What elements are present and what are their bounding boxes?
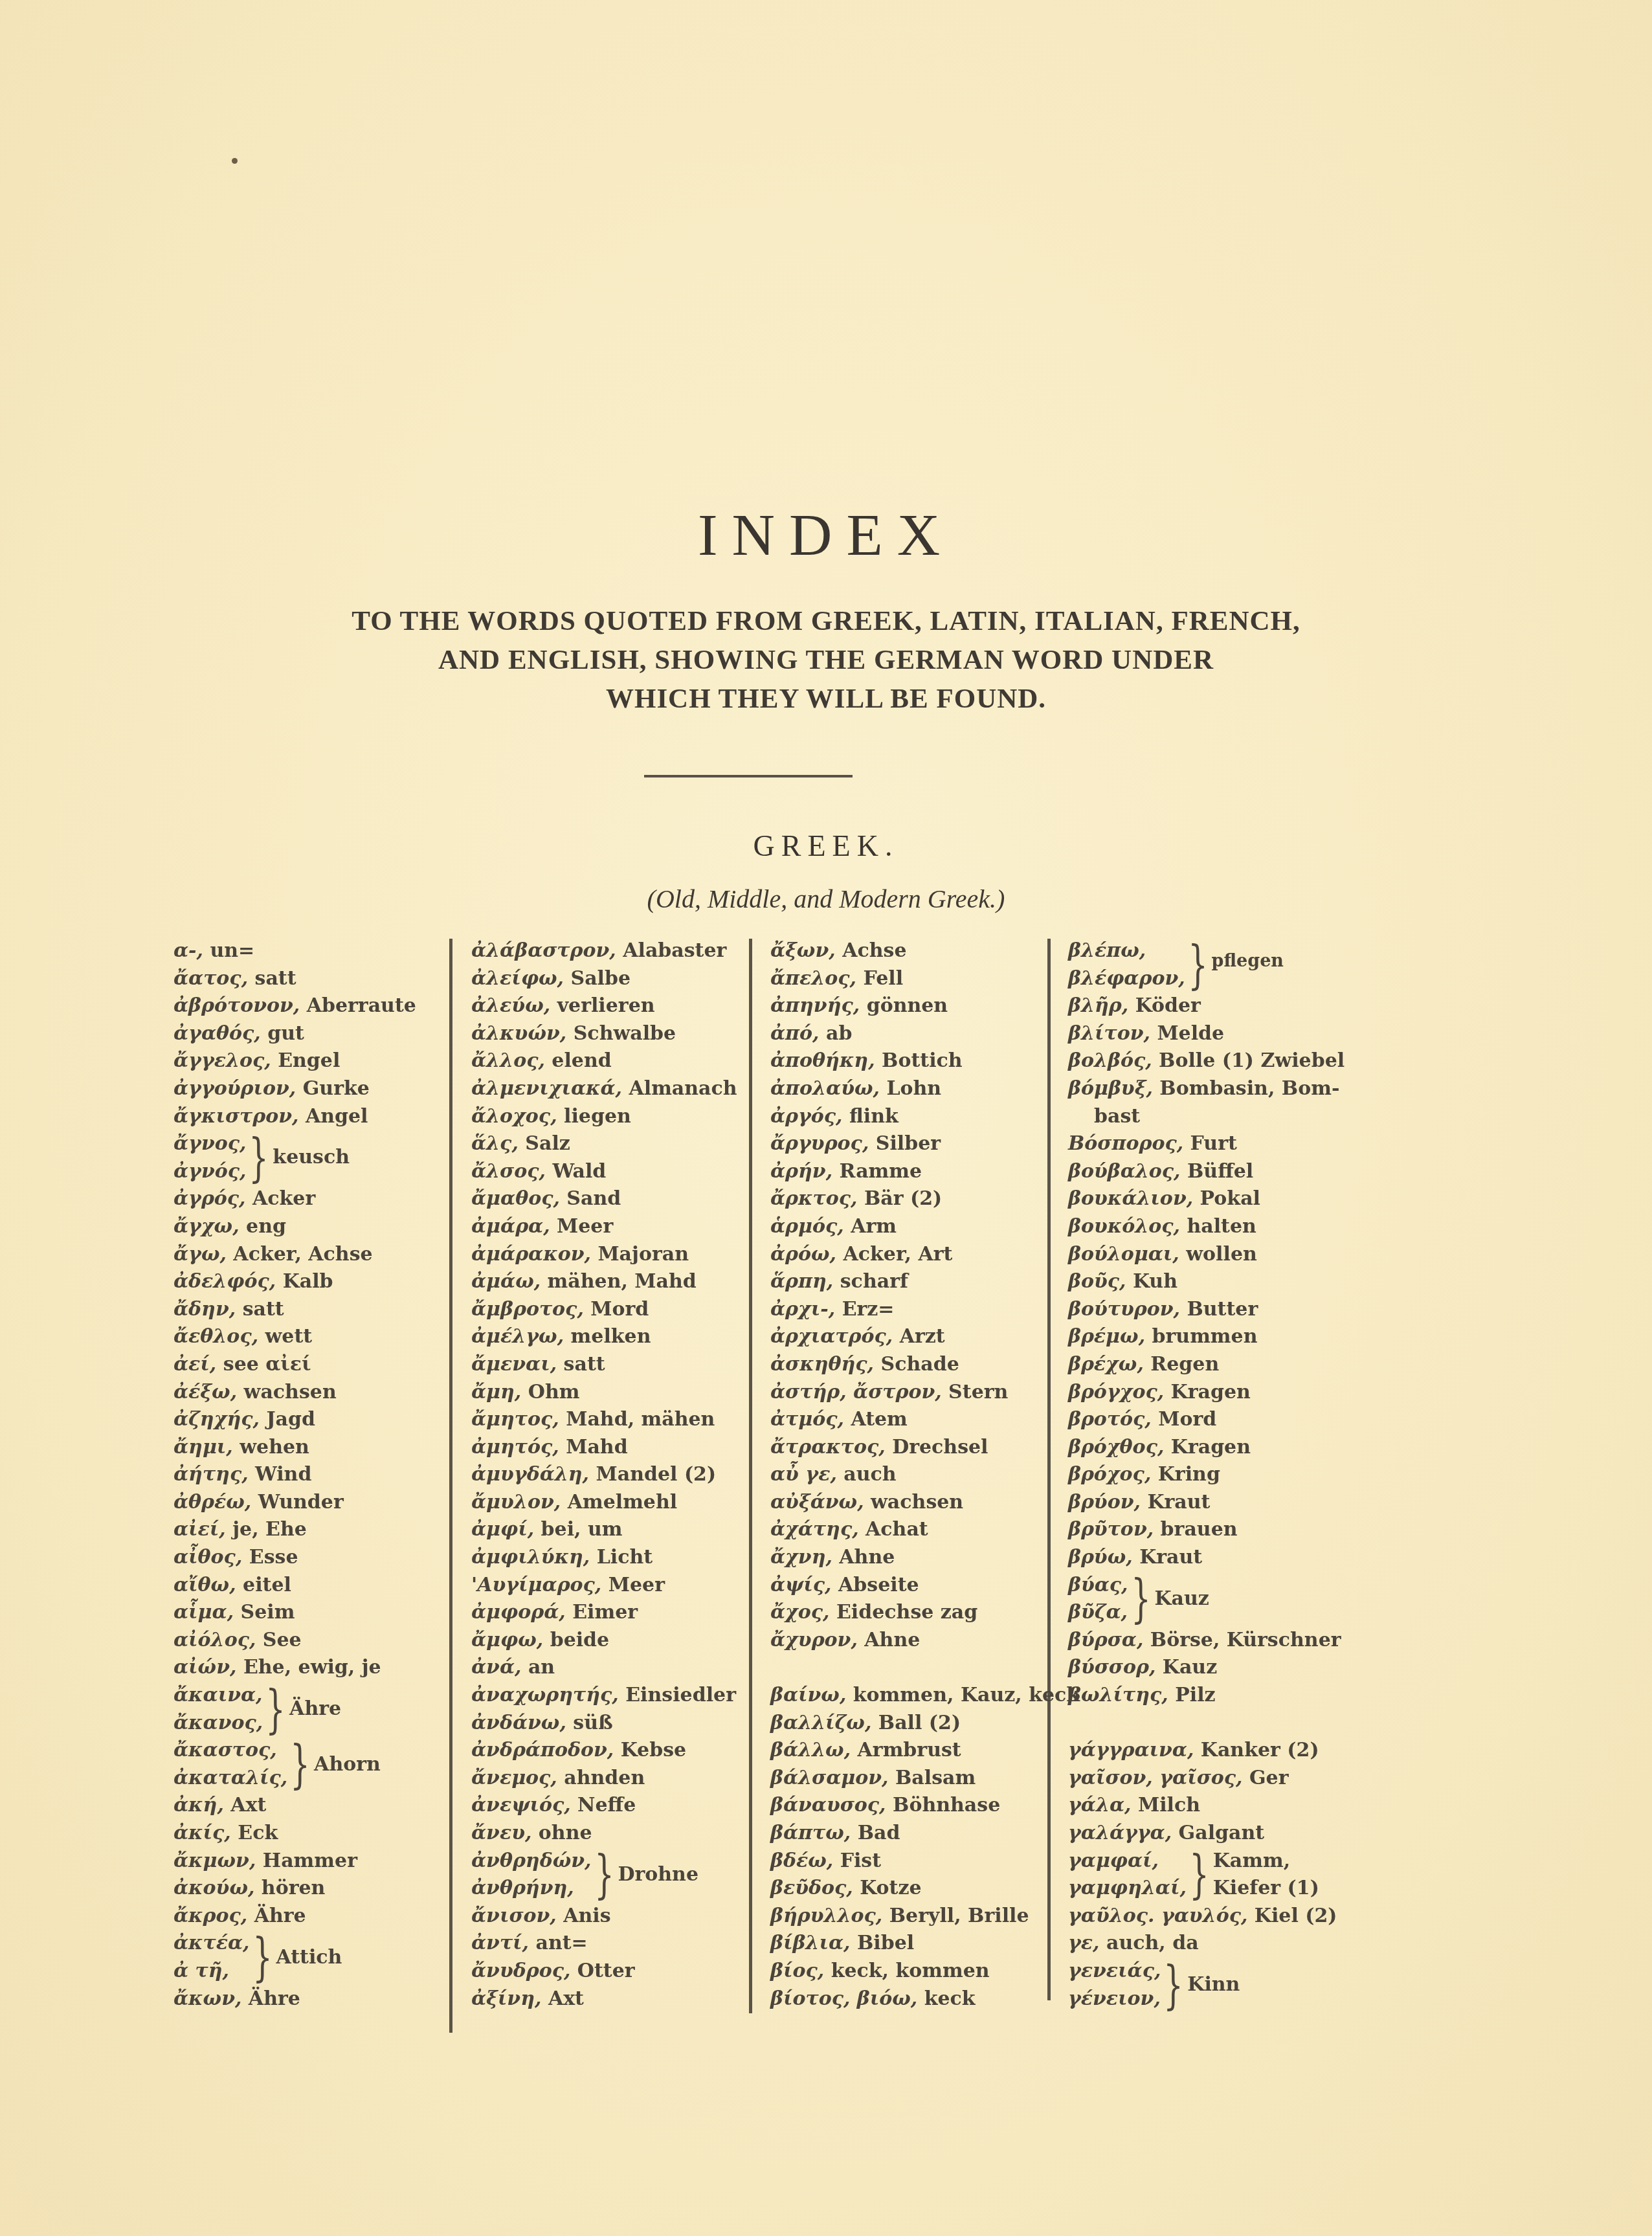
german-word: Jagd [266,1408,315,1431]
index-entry: βίβλια, Bibel [770,1930,1042,1958]
greek-word: ἀκούω, [173,1877,254,1899]
index-entry: βούτυρον, Butter [1068,1296,1379,1324]
german-word: Almanach [629,1077,737,1100]
greek-word: ἄχυρον, [770,1629,858,1651]
index-entry: βωλίτης, Pilz [1068,1682,1379,1710]
german-word: Eimer [572,1601,638,1624]
greek-word: ἀκτέα, [173,1930,250,1958]
index-entry: ἀγγούριον, Gurke [173,1075,432,1103]
german-word: Mandel (2) [596,1463,717,1486]
german-word: melken [571,1325,651,1348]
index-entry: ἀργός, flink [770,1103,1042,1131]
greek-word: ἀήτης, [173,1463,249,1486]
greek-word: αἰών, [173,1656,236,1679]
german-word: Pokal [1200,1187,1260,1210]
greek-word: βλῆρ, [1068,994,1128,1017]
index-entry: βάναυσος, Böhnhase [770,1792,1042,1820]
german-word: Eck [238,1822,278,1844]
index-entry: ἀβρότονον, Aberraute [173,992,432,1020]
greek-word: ἀθρέω, [173,1491,251,1514]
index-entry: γαλάγγα, Galgant [1068,1820,1379,1848]
index-entry: ἀπηνής, gönnen [770,992,1042,1020]
greek-word: ἄχνη, [770,1546,832,1569]
index-entry: ἀχάτης, Achat [770,1516,1042,1544]
index-entry: βροτός, Mord [1068,1406,1379,1434]
index-entry: βεῦδος, Kotze [770,1875,1042,1903]
index-entry: ἀλεύω, verlieren [471,992,743,1020]
german-word: ohne [539,1822,592,1844]
german-word: keck, kommen [831,1960,990,1982]
german-word: Achat [865,1518,928,1541]
german-word: Ahne [839,1546,895,1569]
section-gap [770,1654,1042,1682]
index-entry-group: ἀνθρηδών,ἀνθρήνη,}Drohne [471,1848,743,1903]
index-entry: γαῦλος. γαυλός, Kiel (2) [1068,1903,1379,1930]
greek-word: αἶθος, [173,1546,242,1569]
index-column-1: α-, un=ἄατος, sattἀβρότονον, Aberrauteἀγ… [173,937,432,2013]
german-word: je, Ehe [232,1518,307,1541]
greek-word: ἄλλος, [471,1049,545,1072]
index-entry: αἷμα, Seim [173,1599,432,1627]
greek-word: γάγγραινα, [1068,1739,1194,1761]
german-word: Furt [1190,1132,1237,1155]
greek-word: βλίτον, [1068,1022,1150,1045]
index-entry: ἀπό, ab [770,1020,1042,1048]
index-entry: ἀδελφός, Kalb [173,1268,432,1296]
section-gap [1068,1710,1379,1738]
german-word: Licht [597,1546,653,1569]
greek-word: ἀμυγδάλη, [471,1463,589,1486]
german-word: Amelmehl [568,1491,678,1514]
greek-word: αἰόλος, [173,1629,256,1651]
german-word: brummen [1152,1325,1258,1348]
german-word: Eidechse zag [836,1601,977,1624]
index-entry: ἄχυρον, Ahne [770,1627,1042,1655]
greek-word: ἄνευ, [471,1822,531,1844]
index-entry: βύρσα, Börse, Kürschner [1068,1627,1379,1655]
greek-word: ἀμφορά, [471,1601,566,1624]
german-word: Mahd, mähen [566,1408,715,1431]
greek-word: αὐξάνω, [770,1491,864,1514]
index-entry: βρόγχος, Kragen [1068,1379,1379,1407]
german-word: Wunder [258,1491,344,1514]
german-word: Galgant [1179,1822,1265,1844]
book-page: INDEX TO THE WORDS QUOTED FROM GREEK, LA… [0,0,1652,2236]
index-entry: βάλσαμον, Balsam [770,1765,1042,1793]
german-word: Erz= [842,1298,895,1321]
greek-word: ἀμάρακον, [471,1243,591,1266]
greek-word: αὖ γε, [770,1463,837,1486]
greek-word-list: βλέπω,βλέφαρον, [1068,937,1185,992]
german-word: Einsiedler [625,1684,736,1706]
greek-word-list: ἀνθρηδών,ἀνθρήνη, [471,1848,592,1903]
german-word: satt [243,1298,284,1321]
section-heading: GREEK. [0,829,1652,863]
index-entry: ἄημι, wehen [173,1434,432,1462]
index-entry: ἀγρός, Acker [173,1185,432,1213]
index-entry: ἀμφορά, Eimer [471,1599,743,1627]
german-word: Sand [566,1187,621,1210]
german-word: Lohn [886,1077,941,1100]
index-entry: αἴθω, eitel [173,1572,432,1600]
greek-word: γαμφηλαί, [1068,1875,1187,1903]
greek-word: ἀνθρηδών, [471,1848,592,1875]
index-entry-continuation: bast [1068,1103,1379,1131]
greek-word: βρόχθος, [1068,1436,1164,1459]
index-entry: ἄλσος, Wald [471,1158,743,1186]
german-word: ab [826,1022,852,1045]
greek-word: βάπτω, [770,1822,851,1844]
greek-word-list: ἄκαστος,ἀκαταλίς, [173,1737,287,1792]
german-word: Hammer [263,1850,357,1872]
greek-word: ἄμφω, [471,1629,543,1651]
index-entry: ἄνευ, ohne [471,1820,743,1848]
index-entry: βρόχθος, Kragen [1068,1434,1379,1462]
greek-word: ἁρμός, [770,1215,844,1238]
german-word: Alabaster [623,939,726,962]
index-entry: βουκόλος, halten [1068,1213,1379,1241]
greek-word: βεῦδος, [770,1877,853,1899]
greek-word: ἀγνός, [173,1158,246,1186]
greek-word: ἄγνος, [173,1130,246,1158]
german-word: Majoran [597,1243,689,1266]
index-entry: ἄχος, Eidechse zag [770,1599,1042,1627]
greek-word: αἰεί, [173,1518,226,1541]
german-word: see αἰεί [223,1353,311,1376]
german-word: kommen, Kauz, keck [853,1684,1080,1706]
index-entry: ἀνεψιός, Neffe [471,1792,743,1820]
greek-word: ἀμφιλύκη, [471,1546,590,1569]
index-entry: ἄμβροτος, Mord [471,1296,743,1324]
german-word: Kinn [1187,1971,1240,1999]
greek-word: γε, [1068,1932,1100,1954]
german-word: Acker, Art [843,1243,953,1266]
index-entry: βρύον, Kraut [1068,1489,1379,1517]
greek-word: ἀνδράποδον, [471,1739,614,1761]
index-entry: ἀτμός, Atem [770,1406,1042,1434]
brace-glyph: } [1189,1849,1209,1901]
brace-glyph: } [1131,1573,1151,1625]
greek-word: αἷμα, [173,1601,234,1624]
german-word: Büffel [1187,1160,1253,1183]
greek-word: ἄκανος, [173,1710,263,1738]
greek-word: γαμφαί, [1068,1848,1187,1875]
greek-word: ἄμη, [471,1381,521,1403]
index-entry: βάπτω, Bad [770,1820,1042,1848]
german-word: Esse [249,1546,298,1569]
greek-word: ἅρπη, [770,1270,833,1293]
german-word: Drechsel [892,1436,988,1459]
german-word: Kauz [1154,1585,1209,1613]
greek-word: βρύον, [1068,1491,1141,1514]
greek-word: ἄημι, [173,1436,233,1459]
german-word: Balsam [895,1767,976,1789]
index-entry-group: ἄκαστος,ἀκαταλίς,}Ahorn [173,1737,432,1792]
index-column-4: βλέπω,βλέφαρον,}pflegenβλῆρ, Köderβλίτον… [1068,937,1379,2013]
index-entry: ἄπελος, Fell [770,965,1042,993]
greek-word: γαῖσον, γαῖσος, [1068,1767,1243,1789]
greek-word: ἀζηχής, [173,1408,260,1431]
index-column-3: ἄξων, Achseἄπελος, Fellἀπηνής, gönnenἀπό… [770,937,1042,2013]
german-word: Kanker (2) [1201,1739,1319,1761]
index-entry-group: ἄκαινα,ἄκανος,}Ähre [173,1682,432,1737]
greek-word: ἄδην, [173,1298,236,1321]
greek-word: ἄκων, [173,1987,241,2010]
german-word: keck [924,1987,976,2010]
index-entry: βλῆρ, Köder [1068,992,1379,1020]
greek-word: βάναυσος, [770,1794,886,1817]
greek-word: ἀξίνη, [471,1987,541,2010]
german-word: Seim [241,1601,295,1624]
greek-word: βρέχω, [1068,1353,1144,1376]
greek-word: ἄγκιστρον, [173,1105,298,1128]
index-entry: Βόσπορος, Furt [1068,1130,1379,1158]
german-word: Schwalbe [574,1022,676,1045]
index-entry: ἀκή, Axt [173,1792,432,1820]
index-entry: ἀμφί, bei, um [471,1516,743,1544]
index-entry-group: ἀκτέα,ἀ τῆ,}Attich [173,1930,432,1985]
greek-word: βύσσορ, [1068,1656,1155,1679]
german-word: Mord [1158,1408,1216,1431]
index-entry: ἀμάω, mähen, Mahd [471,1268,743,1296]
index-entry: ἀμφιλύκη, Licht [471,1544,743,1572]
greek-word: ἅλς, [471,1132,519,1155]
greek-word: ἄργυρος, [770,1132,869,1155]
greek-word: ἀρήν, [770,1160,832,1183]
index-entry: ἀρχι-, Erz= [770,1296,1042,1324]
index-entry: ἄξων, Achse [770,937,1042,965]
german-word: Bibel [857,1932,914,1954]
german-word: wollen [1186,1243,1257,1266]
greek-word: ἀρχι-, [770,1298,835,1321]
greek-word: ἀκαταλίς, [173,1765,287,1793]
greek-word: ἀμάω, [471,1270,541,1293]
greek-word: ἀτμός, [770,1408,844,1431]
index-entry: βουκάλιον, Pokal [1068,1185,1379,1213]
horizontal-rule [644,775,853,777]
greek-word: ἀμφί, [471,1518,534,1541]
greek-word: ἀγαθός, [173,1022,261,1045]
index-entry: βρόχος, Kring [1068,1461,1379,1489]
index-entry: ἀψίς, Abseite [770,1572,1042,1600]
german-word: beide [550,1629,610,1651]
german-word: un= [210,939,254,962]
greek-word: ἄατος, [173,967,248,990]
greek-word: ἄμυλον, [471,1491,561,1514]
german-word: gönnen [867,994,948,1017]
index-entry: βύσσορ, Kauz [1068,1654,1379,1682]
german-word: Bombasin, Bom- [1159,1077,1339,1100]
greek-word-list: ἄγνος,ἀγνός, [173,1130,246,1185]
greek-word: βίος, [770,1960,824,1982]
german-word: Atem [851,1408,907,1431]
index-entry: α-, un= [173,937,432,965]
index-entry: βούλομαι, wollen [1068,1241,1379,1269]
german-word: Arzt [900,1325,945,1348]
index-entry: ἀστήρ, ἄστρον, Stern [770,1379,1042,1407]
greek-word: ἀναχωρητής, [471,1684,619,1706]
german-word: Axt [548,1987,584,2010]
greek-word: βαίνω, [770,1684,846,1706]
index-entry: ἄλοχος, liegen [471,1103,743,1131]
greek-word: ἀργός, [770,1105,843,1128]
greek-word-list: γαμφαί,γαμφηλαί, [1068,1848,1187,1903]
greek-word: γενειάς, [1068,1958,1161,1985]
german-word: eng [246,1215,286,1238]
greek-word: βουκόλος, [1068,1215,1180,1238]
greek-word: ἄμητος, [471,1408,559,1431]
index-entry: ἀήτης, Wind [173,1461,432,1489]
index-entry: βίοτος, βιόω, keck [770,1985,1042,2013]
index-entry: ἄχνη, Ahne [770,1544,1042,1572]
greek-word: ἀπό, [770,1022,820,1045]
page-title: INDEX [0,505,1652,565]
greek-word: ἄγχω, [173,1215,240,1238]
greek-word: ἄμβροτος, [471,1298,584,1321]
german-word: Kotze [860,1877,921,1899]
german-word: Achse [842,939,906,962]
index-entry: ἄνυδρος, Otter [471,1958,743,1985]
german-word: flink [849,1105,899,1128]
brace-glyph: } [265,1684,285,1736]
index-entry: ἀμάρα, Meer [471,1213,743,1241]
greek-word-list: γενειάς,γένειον, [1068,1958,1161,2013]
german-word: Kiel (2) [1255,1905,1337,1927]
index-entry: ἀλάβαστρον, Alabaster [471,937,743,965]
greek-word: βίβλια, [770,1932,850,1954]
index-entry: ἅρπη, scharf [770,1268,1042,1296]
greek-word: ἄρκτος, [770,1187,857,1210]
german-word: Ger [1249,1767,1289,1789]
german-word: Bolle (1) Zwiebel [1159,1049,1345,1072]
german-word: Neffe [577,1794,636,1817]
greek-word: ἀνεψιός, [471,1794,571,1817]
greek-word: βολβός, [1068,1049,1152,1072]
index-entry: ἀμυγδάλη, Mandel (2) [471,1461,743,1489]
index-entry-group: βύας,βῦζα,}Kauz [1068,1572,1379,1627]
greek-word: ἀμάρα, [471,1215,550,1238]
greek-word: ἀνά, [471,1656,521,1679]
german-word: Aberraute [307,994,416,1017]
german-word: Kragen [1171,1436,1251,1459]
german-word: Acker, Achse [233,1243,372,1266]
index-entry: 'Αυγίμαρος, Meer [471,1572,743,1600]
german-word: gut [267,1022,304,1045]
german-word: Ahne [864,1629,920,1651]
german-word: wehen [240,1436,309,1459]
greek-word: βόμβυξ, [1068,1077,1153,1100]
greek-word: ἄχος, [770,1601,830,1624]
index-entry: ἄμεναι, satt [471,1351,743,1379]
german-word: Otter [577,1960,635,1982]
index-entry: ἄμη, Ohm [471,1379,743,1407]
greek-word: βρέμω, [1068,1325,1145,1348]
index-entry: ἀκούω, hören [173,1875,432,1903]
greek-word: ἀκίς, [173,1822,231,1844]
german-word: Ramme [840,1160,922,1183]
greek-word-list: βύας,βῦζα, [1068,1572,1128,1627]
index-entry: ἀμητός, Mahd [471,1434,743,1462]
greek-word: ἀλεύω, [471,994,550,1017]
greek-word: ἀνδάνω, [471,1712,566,1734]
german-word: Attich [276,1944,342,1972]
german-word: ant= [536,1932,588,1954]
german-word: Milch [1138,1794,1200,1817]
greek-word: ἄκαινα, [173,1682,263,1710]
greek-word: βῦζα, [1068,1599,1128,1627]
greek-word: ἄπελος, [770,967,856,990]
index-entry: ἁρμός, Arm [770,1213,1042,1241]
german-word: halten [1187,1215,1256,1238]
german-word: Mord [590,1298,649,1321]
german-word: Kraut [1139,1546,1202,1569]
index-entry: βρύω, Kraut [1068,1544,1379,1572]
index-entry: βδέω, Fist [770,1848,1042,1875]
greek-word: ἄγω, [173,1243,227,1266]
german-word: Ähre [254,1905,306,1927]
greek-word: 'Αυγίμαρος, [471,1574,601,1596]
brace-glyph: } [252,1932,273,1984]
german-word: verlieren [557,994,655,1017]
german-word: See [263,1629,302,1651]
german-word: Engel [278,1049,340,1072]
column-divider [1047,939,1051,2000]
index-entry: γε, auch, da [1068,1930,1379,1958]
greek-word: ἄκρος, [173,1905,247,1927]
column-divider [449,939,452,2033]
index-entry: ἄγγελος, Engel [173,1047,432,1075]
german-word: auch, da [1106,1932,1199,1954]
german-word: Salbe [570,967,631,990]
index-entry: βαίνω, kommen, Kauz, keck [770,1682,1042,1710]
german-word: Ahorn [314,1751,381,1779]
index-entry: αἰεί, je, Ehe [173,1516,432,1544]
german-word: Bottich [882,1049,963,1072]
index-entry: γάγγραινα, Kanker (2) [1068,1737,1379,1765]
index-entry: αἰόλος, See [173,1627,432,1655]
greek-word: ἄτρακτος, [770,1436,886,1459]
greek-word: ἀρόω, [770,1243,836,1266]
greek-word: ἀδελφός, [173,1270,276,1293]
section-subheading: (Old, Middle, and Modern Greek.) [0,884,1652,914]
index-entry-group: βλέπω,βλέφαρον,}pflegen [1068,937,1379,992]
greek-word: βούβαλος, [1068,1160,1181,1183]
german-word: Schade [881,1353,959,1376]
index-entry-group: ἄγνος,ἀγνός,}keusch [173,1130,432,1185]
greek-word: ἀμητός, [471,1436,559,1459]
index-entry: ἀζηχής, Jagd [173,1406,432,1434]
german-word: Ähre [249,1987,300,2010]
index-entry: ἀλμενιχιακά, Almanach [471,1075,743,1103]
greek-word: ἀπηνής, [770,994,860,1017]
index-entry: ἀμάρακον, Majoran [471,1241,743,1269]
german-word: Meer [557,1215,613,1238]
greek-word-list: ἄκαινα,ἄκανος, [173,1682,263,1737]
index-entry: βούβαλος, Büffel [1068,1158,1379,1186]
index-entry: ἀξίνη, Axt [471,1985,743,2013]
german-word: satt [564,1353,605,1376]
index-entry: ἀμέλγω, melken [471,1323,743,1351]
index-entry: βρέμω, brummen [1068,1323,1379,1351]
subtitle-line: TO THE WORDS QUOTED FROM GREEK, LATIN, I… [0,602,1652,641]
greek-word: γαῦλος. γαυλός, [1068,1905,1247,1927]
german-word: Bad [858,1822,900,1844]
greek-word: ἀλάβαστρον, [471,939,616,962]
index-entry: βρέχω, Regen [1068,1351,1379,1379]
greek-word: βαλλίζω, [770,1712,871,1734]
greek-word: ἀνθρήνη, [471,1875,592,1903]
index-entry: ἄκων, Ähre [173,1985,432,2013]
